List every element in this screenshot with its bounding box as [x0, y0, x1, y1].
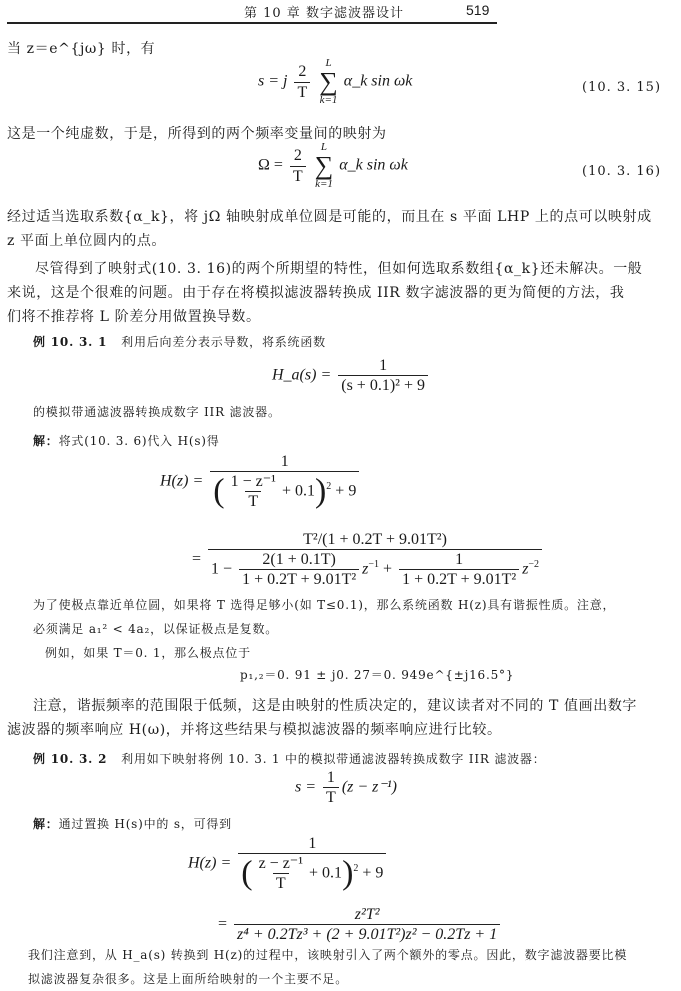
paragraph-line: 例如，如果 T＝0. 1，那么极点位于: [45, 644, 251, 661]
eq-lhs: Ω =: [258, 157, 283, 174]
paragraph-line: z 平面上单位圆内的点。: [7, 230, 166, 250]
example-10-3-2-heading: 例 10. 3. 2 利用如下映射将例 10. 3. 1 中的模拟带通滤波器转换…: [33, 750, 546, 767]
equation-label: (10. 3. 16): [582, 164, 661, 179]
equation-label: (10. 3. 15): [582, 80, 661, 95]
equation-ha: H_a(s) = 1(s + 0.1)² + 9: [272, 356, 431, 395]
equation-10-3-15: s = j 2T L∑k=1 α_k sin ωk: [258, 58, 412, 106]
paragraph-line: 尽管得到了映射式(10. 3. 16)的两个所期望的特性，但如何选取系数组{α_…: [35, 258, 642, 278]
summation-icon: L∑k=1: [319, 58, 338, 106]
equation-hz-3: H(z) = 1 (z − z⁻¹T+ 0.1)2 + 9: [188, 834, 389, 894]
header-rule: [7, 22, 497, 24]
paragraph-line: 拟滤波器复杂很多。这是上面所给映射的一个主要不足。: [28, 970, 348, 987]
paragraph-line: 必须满足 a₁² < 4a₂，以保证极点是复数。: [33, 620, 278, 637]
eq-term: α_k sin ωk: [344, 73, 413, 90]
fraction: 2T: [290, 146, 306, 185]
paragraph-mapping: 这是一个纯虚数，于是，所得到的两个频率变量间的映射为: [7, 123, 387, 143]
solution-line: 解：通过置换 H(s)中的 s，可得到: [33, 815, 232, 832]
poles-equation: p₁,₂＝0. 91 ± j0. 27＝0. 949e^{±j16.5°}: [240, 666, 514, 683]
example-10-3-1-heading: 例 10. 3. 1 利用后向差分表示导数，将系统函数: [33, 333, 326, 350]
paragraph-line: 滤波器的频率响应 H(ω)，并将这些结果与模拟滤波器的频率响应进行比较。: [7, 719, 502, 739]
eq-term: α_k sin ωk: [339, 157, 408, 174]
paragraph-intro: 当 z＝e^{jω} 时，有: [7, 38, 155, 58]
paragraph-line: 注意，谐振频率的范围限于低频，这是由映射的性质决定的，建议读者对不同的 T 值画…: [33, 695, 637, 715]
paragraph-line: 经过适当选取系数{α_k}，将 jΩ 轴映射成单位圆是可能的，而且在 s 平面 …: [7, 206, 652, 226]
paragraph-line: 来说，这是个很难的问题。由于存在将模拟滤波器转换成 IIR 数字滤波器的更为简便…: [7, 282, 625, 302]
equation-hz-2: = T²/(1 + 0.2T + 9.01T²) 1 − 2(1 + 0.1T)…: [192, 530, 545, 590]
page-number: 519: [466, 2, 489, 18]
summation-icon: L∑k=1: [315, 142, 334, 190]
equation-10-3-16: Ω = 2T L∑k=1 α_k sin ωk: [258, 142, 408, 190]
chapter-header: 第 10 章 数字滤波器设计: [244, 2, 404, 21]
paragraph-line: 我们注意到，从 H_a(s) 转换到 H(z)的过程中，该映射引入了两个额外的零…: [28, 946, 627, 963]
equation-hz-1: H(z) = 1 (1 − z⁻¹T+ 0.1)2 + 9: [160, 452, 362, 512]
eq-lhs: s = j: [258, 73, 287, 90]
paragraph-line: 为了使极点靠近单位圆，如果将 T 选得足够小(如 T≤0.1)，那么系统函数 H…: [33, 596, 615, 613]
solution-line: 解：将式(10. 3. 6)代入 H(s)得: [33, 432, 220, 449]
paragraph-line: 的模拟带通滤波器转换成数字 IIR 滤波器。: [33, 403, 281, 420]
mapping-equation: s = 1T(z − z⁻¹): [295, 768, 397, 807]
paragraph-line: 们将不推荐将 L 阶差分用做置换导数。: [7, 306, 261, 326]
equation-hz-4: = z²T²z⁴ + 0.2Tz³ + (2 + 9.01T²)z² − 0.2…: [218, 905, 503, 944]
fraction: 2T: [294, 62, 310, 101]
